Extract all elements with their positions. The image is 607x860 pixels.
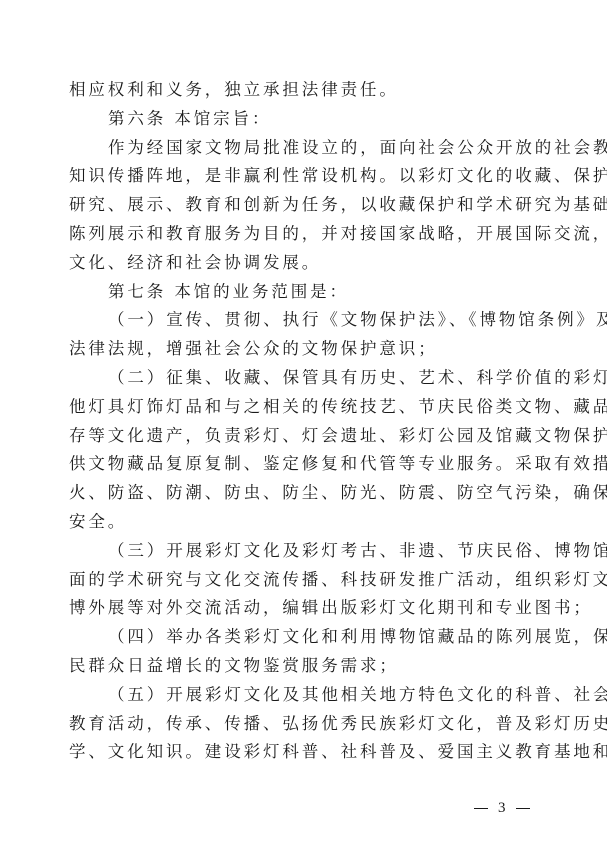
document-page: 相应权利和义务，独立承担法律责任。 第六条 本馆宗旨： 作为经国家文物局批准设立… <box>0 0 607 860</box>
text-line: 面的学术研究与文化交流传播、科技研发推广活动，组织彩灯文化文 <box>69 566 549 595</box>
text-line: 火、防盗、防潮、防虫、防尘、防光、防震、防空气污染，确保文物 <box>69 479 549 508</box>
text-line: 民群众日益增长的文物鉴赏服务需求； <box>69 652 549 681</box>
article-6-heading: 第六条 本馆宗旨： <box>69 105 549 134</box>
text-line: 供文物藏品复原复制、鉴定修复和代管等专业服务。采取有效措施防 <box>69 450 549 479</box>
text-line: 作为经国家文物局批准设立的，面向社会公众开放的社会教育和 <box>69 134 549 163</box>
dash-left <box>474 808 488 809</box>
text-line: （五）开展彩灯文化及其他相关地方特色文化的科普、社会宣传 <box>69 681 549 710</box>
text-line: 他灯具灯饰灯品和与之相关的传统技艺、节庆民俗类文物、藏品、遗 <box>69 393 549 422</box>
text-line: 研究、展示、教育和创新为任务，以收藏保护和学术研究为基础，以 <box>69 191 549 220</box>
text-line: （三）开展彩灯文化及彩灯考古、非遗、节庆民俗、博物馆等方 <box>69 537 549 566</box>
text-line: 法律法规，增强社会公众的文物保护意识； <box>69 335 549 364</box>
text-line: 相应权利和义务，独立承担法律责任。 <box>69 76 549 105</box>
text-line: 博外展等对外交流活动，编辑出版彩灯文化期刊和专业图书； <box>69 594 549 623</box>
text-line: （二）征集、收藏、保管具有历史、艺术、科学价值的彩灯及其 <box>69 364 549 393</box>
page-number: 3 <box>498 800 506 817</box>
text-line: （四）举办各类彩灯文化和利用博物馆藏品的陈列展览，保障人 <box>69 623 549 652</box>
document-body: 相应权利和义务，独立承担法律责任。 第六条 本馆宗旨： 作为经国家文物局批准设立… <box>69 76 549 767</box>
text-line: 陈列展示和教育服务为目的，并对接国家战略，开展国际交流，服务 <box>69 220 549 249</box>
text-line: （一）宣传、贯彻、执行《文物保护法》、《博物馆条例》及有关 <box>69 306 549 335</box>
article-7-heading: 第七条 本馆的业务范围是： <box>69 278 549 307</box>
page-footer: 3 <box>474 800 530 817</box>
dash-right <box>516 808 530 809</box>
text-line: 安全。 <box>69 508 549 537</box>
text-line: 教育活动，传承、传播、弘扬优秀民族彩灯文化，普及彩灯历史、科 <box>69 710 549 739</box>
text-line: 存等文化遗产，负责彩灯、灯会遗址、彩灯公园及馆藏文物保护，提 <box>69 422 549 451</box>
text-line: 文化、经济和社会协调发展。 <box>69 249 549 278</box>
text-line: 学、文化知识。建设彩灯科普、社科普及、爱国主义教育基地和青少 <box>69 738 549 767</box>
text-line: 知识传播阵地，是非赢利性常设机构。以彩灯文化的收藏、保护传承、 <box>69 162 549 191</box>
